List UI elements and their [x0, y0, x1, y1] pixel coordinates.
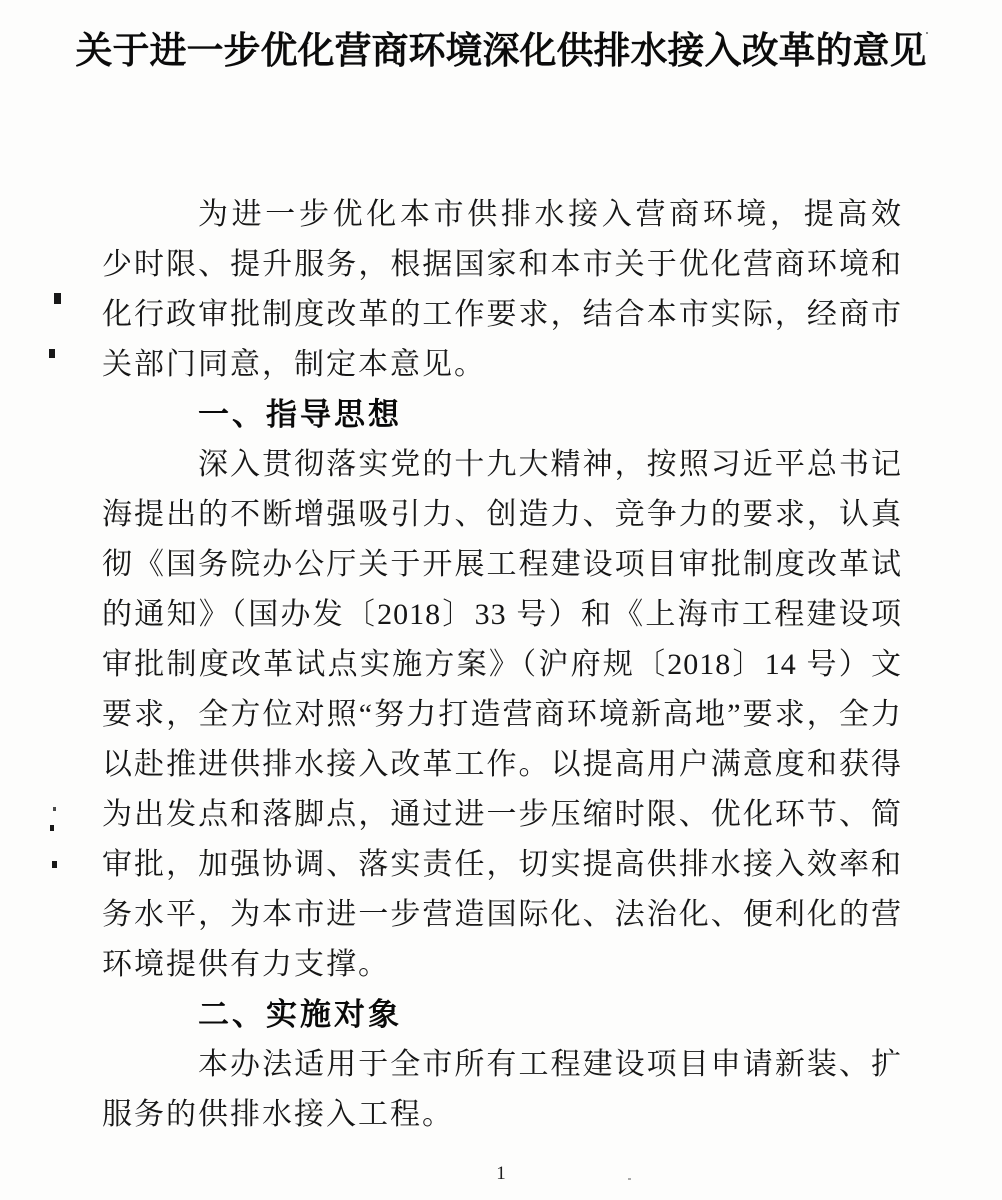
- paragraph-line: 化行政审批制度改革的工作要求，结合本市实际，经商市相: [102, 290, 902, 340]
- paragraph-line: 以赴推进供排水接入改革工作。以提高用户满意度和获得感: [102, 740, 902, 790]
- section-heading-guiding-principles: 一、指导思想: [102, 390, 902, 440]
- paragraph-line: 服务的供排水接入工程。: [102, 1090, 902, 1140]
- scan-artifact: [52, 861, 57, 868]
- document-title: 关于进一步优化营商环境深化供排水接入改革的意见: [0, 0, 1002, 80]
- paragraph-line: 海提出的不断增强吸引力、创造力、竞争力的要求，认真贯: [102, 490, 902, 540]
- paragraph-line: 为进一步优化本市供排水接入营商环境，提高效率、减: [102, 190, 902, 240]
- document-body: 为进一步优化本市供排水接入营商环境，提高效率、减 少时限、提升服务，根据国家和本…: [102, 190, 902, 1140]
- paragraph-line: 要求，全方位对照“努力打造营商环境新高地”要求，全力: [102, 690, 902, 740]
- page-number: 1: [0, 1163, 1002, 1185]
- scanned-document-page: 关于进一步优化营商环境深化供排水接入改革的意见 为进一步优化本市供排水接入营商环…: [0, 0, 1002, 1200]
- paragraph-line: 为出发点和落脚点，通过进一步压缩时限、优化环节、简化: [102, 790, 902, 840]
- scan-artifact: [54, 293, 61, 304]
- scan-artifact: [926, 32, 928, 34]
- paragraph-line: 环境提供有力支撑。: [102, 940, 902, 990]
- paragraph-line: 彻《国务院办公厅关于开展工程建设项目审批制度改革试点: [102, 540, 902, 590]
- paragraph-line: 审批，加强协调、落实责任，切实提高供排水接入效率和服: [102, 840, 902, 890]
- paragraph-line: 务水平，为本市进一步营造国际化、法治化、便利化的营商: [102, 890, 902, 940]
- paragraph-line: 少时限、提升服务，根据国家和本市关于优化营商环境和深: [102, 240, 902, 290]
- section-heading-implementation-scope: 二、实施对象: [102, 990, 902, 1040]
- paragraph-line: 审批制度改革试点实施方案》（沪府规〔2018〕14 号）文件: [102, 640, 902, 690]
- paragraph-line: 深入贯彻落实党的十九大精神，按照习近平总书记对上: [102, 440, 902, 490]
- paragraph-line: 本办法适用于全市所有工程建设项目申请新装、扩容等: [102, 1040, 902, 1090]
- scan-artifact: [49, 349, 55, 358]
- paragraph-line: 的通知》（国办发〔2018〕33 号）和《上海市工程建设项目: [102, 590, 902, 640]
- paragraph-line: 关部门同意，制定本意见。: [102, 340, 902, 390]
- scan-artifact: [873, 40, 876, 43]
- scan-artifact: [53, 807, 56, 811]
- scan-artifact: [628, 1178, 631, 1180]
- scan-artifact: [50, 825, 54, 831]
